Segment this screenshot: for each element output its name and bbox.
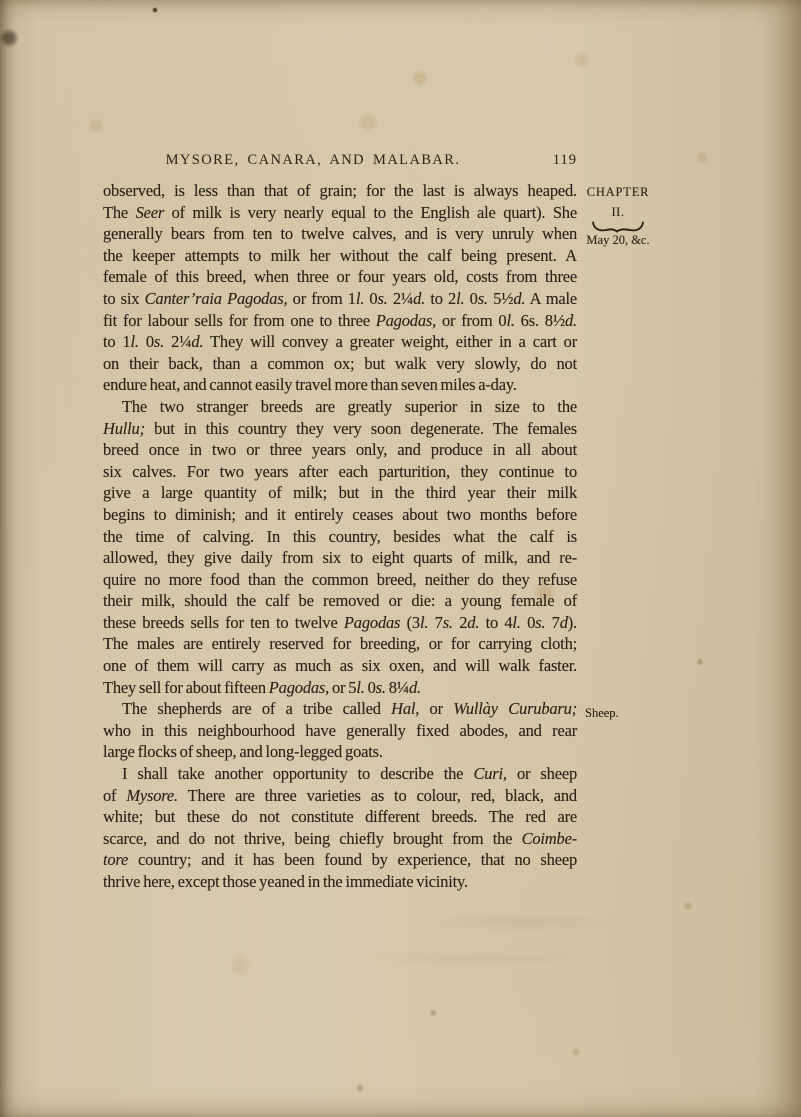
date-note: May 20, &c. [578, 234, 658, 247]
body-line: female of this breed, when three or four… [103, 266, 577, 288]
body-line: fit for labour sells for from one to thr… [103, 310, 577, 332]
body-line: Hullu; but in this country they very soo… [103, 418, 577, 440]
body-line: give a large quantity of milk; but in th… [103, 482, 577, 504]
swash-flourish-icon [591, 220, 645, 233]
sheep-margin-note: Sheep. [585, 706, 619, 721]
body-line: breed once in two or three years only, a… [103, 439, 577, 461]
running-head: MYSORE, CANARA, AND MALABAR. 119 [103, 152, 577, 172]
body-line: who in this neighbourhood have generally… [103, 720, 577, 742]
body-line: I shall take another opportunity to desc… [103, 763, 577, 785]
body-line: endure heat, and cannot easily travel mo… [103, 374, 577, 396]
chapter-label: CHAPTER [578, 186, 658, 199]
body-line: allowed, they give daily from six to eig… [103, 547, 577, 569]
body-line: begins to diminish; and it entirely ceas… [103, 504, 577, 526]
chapter-numeral: II. [578, 206, 658, 219]
body-line: to six Canter’raia Pagodas, or from 1l. … [103, 288, 577, 310]
running-head-title: MYSORE, CANARA, AND MALABAR. [103, 152, 523, 169]
body-line: tore country; and it has been found by e… [103, 849, 577, 871]
body-line: one of them will carry as much as six ox… [103, 655, 577, 677]
book-page: MYSORE, CANARA, AND MALABAR. 119 observe… [0, 0, 801, 1117]
page-number: 119 [553, 152, 577, 169]
body-line: six calves. For two years after each par… [103, 461, 577, 483]
body-line: The two stranger breeds are greatly supe… [103, 396, 577, 418]
body-line: They sell for about fifteen Pagodas, or … [103, 677, 577, 699]
body-line: the time of calving. In this country, be… [103, 526, 577, 548]
body-line: these breeds sells for ten to twelve Pag… [103, 612, 577, 634]
body-line: The shepherds are of a tribe called Hal,… [103, 698, 577, 720]
body-line: generally bears from ten to twelve calve… [103, 223, 577, 245]
body-text-block: observed, is less than that of grain; fo… [103, 180, 577, 893]
body-line: to 1l. 0s. 2¼d. They will convey a great… [103, 331, 577, 353]
body-line: on their back, than a common ox; but wal… [103, 353, 577, 375]
body-line: of Mysore. There are three varieties as … [103, 785, 577, 807]
margin-note-chapter: CHAPTER II. May 20, &c. [578, 186, 658, 247]
body-line: The Seer of milk is very nearly equal to… [103, 202, 577, 224]
body-line: the keeper attempts to milk her without … [103, 245, 577, 267]
body-line: observed, is less than that of grain; fo… [103, 180, 577, 202]
body-line: white; but these do not constitute diffe… [103, 806, 577, 828]
body-line: large flocks of sheep, and long-legged g… [103, 741, 577, 763]
body-line: their milk, should the calf be removed o… [103, 590, 577, 612]
body-line: quire no more food than the common breed… [103, 569, 577, 591]
body-line: The males are entirely reserved for bree… [103, 633, 577, 655]
body-line: scarce, and do not thrive, being chiefly… [103, 828, 577, 850]
body-line: thrive here, except those yeaned in the … [103, 871, 577, 893]
